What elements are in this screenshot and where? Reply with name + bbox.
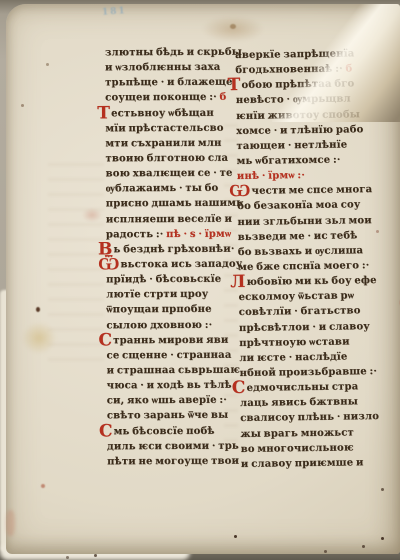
manuscript-line: трьпѣще · и блажеще [105,75,233,91]
rubric-text: б [217,92,227,103]
manuscript-line: ѿпоущаи прпобне [106,302,234,318]
ink-text: свалисоу плѣнь · низло [240,411,379,424]
folio-number: 181 [102,6,127,18]
ink-text: ме бже спснїа моего :· [238,260,369,273]
manuscript-line: присно дшамь нашимь [106,196,234,212]
manuscript-line: Страннь мирови яви [106,332,234,348]
manuscript-line: бо безаконїа моа соу [237,197,375,214]
manuscript-line: сылою дховною :· [106,317,234,333]
ink-text: пѣти не могоуще твои [107,455,239,467]
ink-text: мїи прѣстастельсво [105,122,223,134]
stain [41,484,45,488]
ink-text: злютны бѣдь и скрьбы [105,47,242,59]
ink-text: прїидѣ · бѣсовьскїе [106,274,221,286]
rubric-text: пѣ · ѕ · їрмѡ [163,228,231,239]
ink-text: мь ѡбгатихомсе :· [237,155,341,167]
ink-text: свѣто зарань ѿче вы [107,410,229,422]
ink-text: нбной произьбравше :· [240,366,378,379]
ink-text: диль ѥси своими · трь [107,440,239,452]
manuscript-line: и славоу приѥмше и [241,455,379,472]
ink-text: си, яко ѡшь аверїе :· [107,395,227,407]
ink-text: юбовїю ми кь боу ефе [246,275,376,288]
stain [82,208,102,222]
manuscript-line: чюса · и ходѣ вь тѣлѣ [107,378,235,394]
manuscript-line: мти съхранили млн [105,136,233,152]
manuscript-line: прїидѣ · бѣсовьскїе [106,272,234,288]
manuscript-page: 181 злютны бѣдь и скрьбыи ѡзлоблѥнны зах… [6,4,400,554]
ink-text: есколмоу ѿьстав рѡ [238,291,354,304]
manuscript-line: се сщенне · страннаа [106,347,234,363]
manuscript-line: пѣти не могоуще твои [107,453,235,469]
manuscript-line: Вь безднѣ грѣховнѣи· [106,241,234,257]
ink-text: присно дшамь нашимь [106,198,243,210]
ink-text: едмочисльны стра [246,381,358,394]
ink-text: чюса · и ходѣ вь тѣлѣ [107,380,232,392]
manuscript-line: нии згльбыни зьл мои [237,213,375,230]
manuscript-line: злютны бѣдь и скрьбы [105,45,233,61]
manuscript-line: Смь бѣсовсїе побѣ [107,423,235,439]
ink-text: вьстока ись западоу [120,259,242,271]
manuscript-line: исплняеши веселїе и [106,211,234,227]
stain [22,322,56,354]
manuscript-line: ѹблажаимь · ты бо [106,181,234,197]
ink-text: жы врагь множьст [240,427,354,440]
ink-text: мь бѣсовсїе побѣ [114,425,215,437]
manuscript-line: совѣтлїи · бгатьство [239,303,377,320]
photo-glare [272,4,400,122]
manuscript-line: и страшнаа сьврьшаѥ [107,363,235,379]
ink-text: ь безднѣ грѣховнѣи· [114,243,235,255]
manuscript-photo: 181 злютны бѣдь и скрьбыи ѡзлоблѥнны зах… [0,0,400,560]
manuscript-line: и ѡзлоблѥнны заха [105,60,233,76]
manuscript-line: вою хвалѥщеи се · те [106,166,234,182]
manuscript-line: лютїе стрти цроу [106,287,234,303]
ink-text: чести ме спсе многа [251,184,372,197]
ink-text: соущеи поконще :· [105,92,217,104]
ink-text: ѿпоущаи прпобне [106,304,211,316]
ink-text: и страшнаа сьврьшаѥ [107,365,240,377]
manuscript-line: прѣсвѣтлои · и славоу [239,319,377,336]
manuscript-line: хомсе · и тлѣнїю рабо [236,122,374,139]
ink-text: се сщенне · страннаа [106,349,231,361]
manuscript-line: Тестьвноу ѡбѣщан [105,105,233,121]
manuscript-line: соущеи поконще :· б [105,90,233,106]
ink-text: мти съхранили млн [105,138,221,150]
manuscript-line: свалисоу плѣнь · низло [240,409,378,426]
ink-text: бо вьзвахь и ѹслиша [238,245,363,258]
ink-text: вою хвалѥщеи се · те [106,168,233,180]
ink-text: и славоу приѥмше и [241,457,364,470]
stain [234,535,237,538]
manuscript-line: мїи прѣстастельсво [105,120,233,136]
manuscript-line: свѣто зарань ѿче вы [107,408,235,424]
stain [202,16,264,42]
manuscript-line: си, яко ѡшь аверїе :· [107,393,235,409]
manuscript-line: диль ѥси своими · трь [107,438,235,454]
stain [36,307,40,312]
ink-text: ѹблажаимь · ты бо [106,183,219,195]
ink-text: тающеи · нетлѣнїе [236,139,347,152]
ink-text: бо безаконїа моа соу [237,200,360,213]
ink-text: траннь мирови яви [113,334,228,346]
ink-text: радость :· [106,229,164,240]
rubric-initial: Т [227,75,240,95]
ink-text: во многочисльноѥ [241,442,354,455]
manuscript-line: радость :· пѣ · ѕ · їрмѡ [106,226,234,242]
ink-text: исплняеши веселїе и [106,213,232,225]
rubric-initial: С [99,421,113,441]
ink-text: трьпѣще · и блажеще [105,77,233,89]
ink-text: естьвноу ѡбѣщан [111,107,214,119]
ink-text: хомсе · и тлѣнїю рабо [236,124,363,137]
stain [230,24,236,29]
ink-text: вьзведи ме · ис тебѣ [238,230,358,243]
rubric-initial: С [98,330,112,350]
text-column-left: злютны бѣдь и скрьбыи ѡзлоблѥнны захатрь… [105,45,235,470]
ink-text: и ѡзлоблѥнны заха [105,62,220,74]
ink-text: совѣтлїи · бгатьство [239,306,361,319]
ink-text: лаць явись бжтвны [240,397,358,410]
ink-text: сылою дховною :· [106,319,212,331]
ink-bleedthrough [48,154,104,364]
stain [6,510,15,536]
rubric-initial: Ѿ [98,254,120,274]
manuscript-line: Любовїю ми кь боу ефе [238,273,376,290]
ink-text: нии згльбыни зьл мои [237,215,372,228]
ink-text: твоию блготною сла [105,153,228,165]
ink-text: прѣчтноую ѡстави [239,336,350,349]
manuscript-line: твоию блготною сла [105,151,233,167]
ink-text: прѣсвѣтлои · и славоу [239,321,370,334]
ink-text: лютїе стрти цроу [106,289,208,301]
rubric-initial: Т [97,103,110,123]
manuscript-line: Ѿвьстока ись западоу [106,257,234,273]
manuscript-line: вьзведи ме · ис тебѣ [238,228,376,245]
ink-text: ли ѥсте · наслѣдїе [239,351,347,364]
